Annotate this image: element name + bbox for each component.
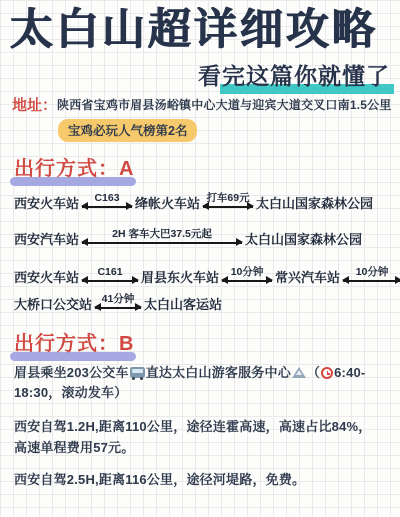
route-row-train-jiangzhang: 西安火车站 C163 绛帐火车站 打车69元 太白山国家森林公园 xyxy=(14,192,400,212)
alarm-clock-icon xyxy=(321,367,333,379)
station-label: 太白山客运站 xyxy=(144,297,222,313)
double-arrow-icon xyxy=(203,206,253,208)
section-a-heading-text: 出行方式：A xyxy=(14,152,134,181)
section-a-heading: 出行方式：A xyxy=(14,152,400,178)
rank-badge: 宝鸡必玩人气榜第2名 xyxy=(58,119,197,142)
station-label: 常兴汽车站 xyxy=(275,270,340,286)
route-link-label: 41分钟 xyxy=(102,293,135,306)
route-link-label: C161 xyxy=(97,266,122,279)
section-b-heading: 出行方式：B xyxy=(14,327,400,353)
page-title: 太白山超详细攻略 xyxy=(0,6,400,54)
drive-option-1: 西安自驾1.2H,距离110公里，途径连霍高速，高速占比84%，高速单程费用57… xyxy=(14,417,376,457)
station-label: 西安火车站 xyxy=(14,196,79,212)
bus-route-text-1: 眉县乘坐203公交车 xyxy=(14,365,129,380)
route-link: 41分钟 xyxy=(95,293,141,313)
double-arrow-icon xyxy=(82,280,138,282)
double-arrow-icon xyxy=(95,307,141,309)
route-row-coach-bus: 西安汽车站 2H 客车大巴37.5元起 太白山国家森林公园 xyxy=(14,228,400,248)
route-link: C163 xyxy=(82,192,132,212)
subtitle-row: 看完这篇你就懂了 xyxy=(0,58,400,86)
route-link: 打车69元 xyxy=(203,192,253,212)
route-link-label: 10分钟 xyxy=(231,266,264,279)
address-label: 地址： xyxy=(12,97,57,114)
route-link-label: C163 xyxy=(94,192,119,205)
station-label: 大桥口公交站 xyxy=(14,297,92,313)
route-link: 10分钟 xyxy=(343,266,400,286)
bus-route-paragraph: 眉县乘坐203公交车直达太白山游客服务中心（6:40-18:30，滚动发车） xyxy=(14,363,376,403)
station-label: 西安汽车站 xyxy=(14,232,79,248)
route-link-label: 打车69元 xyxy=(206,192,249,205)
station-label: 太白山国家森林公园 xyxy=(245,232,362,248)
address-row: 地址：陕西省宝鸡市眉县汤峪镇中心大道与迎宾大道交叉口南1.5公里 xyxy=(12,94,388,115)
route-row-bus-terminal: 大桥口公交站 41分钟 太白山客运站 xyxy=(14,293,400,313)
bus-icon xyxy=(130,367,145,378)
station-label: 太白山国家森林公园 xyxy=(256,196,373,212)
double-arrow-icon xyxy=(343,280,400,282)
guide-poster: 太白山超详细攻略 看完这篇你就懂了 地址：陕西省宝鸡市眉县汤峪镇中心大道与迎宾大… xyxy=(0,0,400,517)
station-label: 西安火车站 xyxy=(14,270,79,286)
double-arrow-icon xyxy=(82,206,132,208)
route-link: 2H 客车大巴37.5元起 xyxy=(82,228,242,248)
station-label: 绛帐火车站 xyxy=(135,196,200,212)
route-link-label: 10分钟 xyxy=(356,266,389,279)
station-label: 眉县东火车站 xyxy=(141,270,219,286)
route-link: C161 xyxy=(82,266,138,286)
section-b-heading-text: 出行方式：B xyxy=(14,327,134,356)
drive-option-2: 西安自驾2.5H,距离116公里，途径河堤路，免费。 xyxy=(14,470,376,490)
route-link-label: 2H 客车大巴37.5元起 xyxy=(112,228,212,241)
double-arrow-icon xyxy=(82,242,242,244)
page-subtitle: 看完这篇你就懂了 xyxy=(198,58,390,91)
mountain-icon xyxy=(292,367,306,378)
route-link: 10分钟 xyxy=(222,266,272,286)
bus-route-text-3: （ xyxy=(307,365,320,380)
bus-route-text-2: 直达太白山游客服务中心 xyxy=(146,365,291,380)
rank-badge-row: 宝鸡必玩人气榜第2名 xyxy=(58,119,400,140)
address-text: 陕西省宝鸡市眉县汤峪镇中心大道与迎宾大道交叉口南1.5公里 xyxy=(57,98,391,112)
route-row-train-meixian: 西安火车站 C161 眉县东火车站 10分钟 常兴汽车站 10分钟 xyxy=(14,266,400,286)
double-arrow-icon xyxy=(222,280,272,282)
